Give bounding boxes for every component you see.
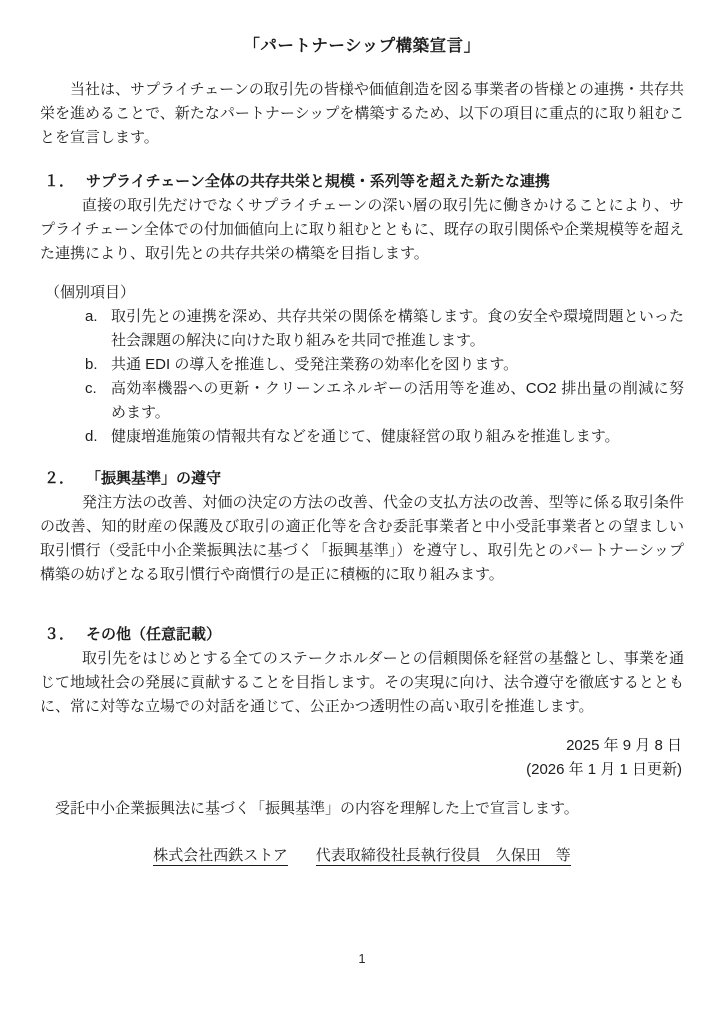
section-2-body: 発注方法の改善、対価の決定の方法の改善、代金の支払方法の改善、型等に係る取引条件…	[40, 491, 684, 587]
list-item-a-text: 取引先との連携を深め、共存共栄の関係を構築します。食の安全や環境問題といった社会…	[111, 305, 684, 353]
list-item-a-marker: a.	[85, 305, 111, 353]
declaration-date: 2025 年 9 月 8 日	[40, 734, 684, 758]
individual-items-label: （個別項目）	[40, 281, 684, 305]
section-2-title: 「振興基準」の遵守	[86, 470, 221, 487]
section-3-body: 取引先をはじめとする全てのステークホルダーとの信頼関係を経営の基盤とし、事業を通…	[40, 647, 684, 719]
list-item-b-marker: b.	[85, 353, 111, 377]
section-1-title: サプライチェーン全体の共存共栄と規模・系列等を超えた新たな連携	[86, 173, 550, 190]
document-page: 「パートナーシップ構築宣言」 当社は、サプライチェーンの取引先の皆様や価値創造を…	[0, 0, 724, 1024]
list-item-b: b. 共通 EDI の導入を推進し、受発注業務の効率化を図ります。	[85, 353, 684, 377]
section-2-number: ２．	[44, 467, 74, 491]
list-item-b-text: 共通 EDI の導入を推進し、受発注業務の効率化を図ります。	[111, 353, 684, 377]
intro-paragraph: 当社は、サプライチェーンの取引先の皆様や価値創造を図る事業者の皆様との連携・共存…	[40, 78, 684, 150]
section-3-number: ３．	[44, 623, 74, 647]
section-1-body: 直接の取引先だけでなくサプライチェーンの深い層の取引先に働きかけることにより、サ…	[40, 194, 684, 266]
list-item-d-marker: d.	[85, 425, 111, 449]
page-number: 1	[0, 951, 724, 966]
company-name: 株式会社西鉄ストア	[153, 847, 288, 866]
list-item-c-marker: c.	[85, 377, 111, 425]
list-item-d: d. 健康増進施策の情報共有などを通じて、健康経営の取り組みを推進します。	[85, 425, 684, 449]
list-item-d-text: 健康増進施策の情報共有などを通じて、健康経営の取り組みを推進します。	[111, 425, 684, 449]
list-item-c-text: 高効率機器への更新・クリーンエネルギーの活用等を進め、CO2 排出量の削減に努め…	[111, 377, 684, 425]
declaration-statement: 受託中小企業振興法に基づく「振興基準」の内容を理解した上で宣言します。	[40, 797, 684, 821]
section-1-number: １．	[44, 170, 74, 194]
list-item-a: a. 取引先との連携を深め、共存共栄の関係を構築します。食の安全や環境問題といっ…	[85, 305, 684, 353]
individual-items-list: a. 取引先との連携を深め、共存共栄の関係を構築します。食の安全や環境問題といっ…	[40, 305, 684, 449]
signature-line: 株式会社西鉄ストア代表取締役社長執行役員 久保田 等	[40, 843, 684, 869]
representative-name: 代表取締役社長執行役員 久保田 等	[316, 847, 571, 866]
update-date: (2026 年 1 月 1 日更新)	[40, 758, 684, 782]
section-1-heading: １．サプライチェーン全体の共存共栄と規模・系列等を超えた新たな連携	[40, 170, 684, 194]
section-2-heading: ２．「振興基準」の遵守	[40, 467, 684, 491]
document-content: 「パートナーシップ構築宣言」 当社は、サプライチェーンの取引先の皆様や価値創造を…	[0, 0, 724, 869]
section-3-title: その他（任意記載）	[86, 626, 221, 643]
document-title: 「パートナーシップ構築宣言」	[40, 34, 684, 58]
section-3-heading: ３．その他（任意記載）	[40, 623, 684, 647]
list-item-c: c. 高効率機器への更新・クリーンエネルギーの活用等を進め、CO2 排出量の削減…	[85, 377, 684, 425]
